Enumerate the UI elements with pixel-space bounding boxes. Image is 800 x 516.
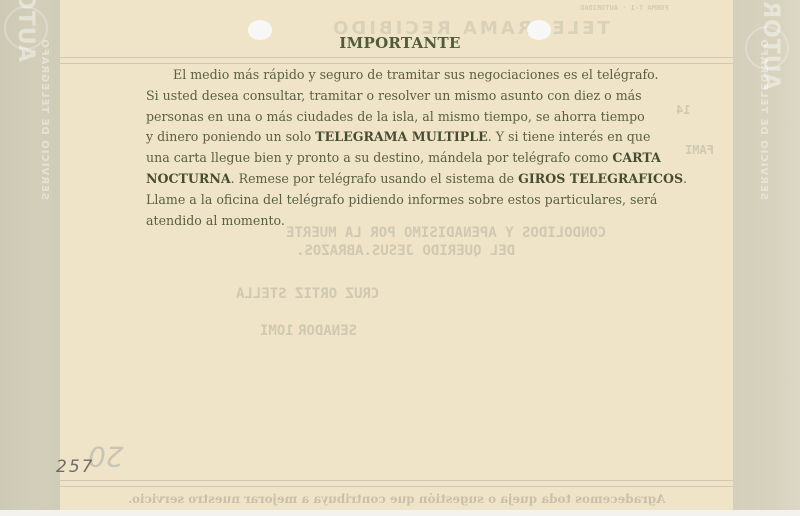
handwritten-number: 257	[56, 457, 94, 477]
telegram-card: AUTORIDAD DE COMUNICACIONES DE P.R. SERV…	[0, 0, 800, 516]
top-double-rule	[60, 57, 733, 64]
notice-paragraph: El medio más rápido y seguro de tramitar…	[146, 65, 640, 231]
left-margin-band: AUTORIDAD DE COMUNICACIONES DE P.R. SERV…	[0, 0, 60, 510]
right-band-subtitle: SERVICIO DE TELEGRAFO	[758, 38, 769, 200]
left-band-subtitle: SERVICIO DE TELEGRAFO	[39, 38, 50, 200]
paragraph-line: personas en una o más ciudades de la isl…	[146, 107, 640, 128]
bottom-double-rule	[60, 480, 733, 487]
paragraph-line: atendido al momento.	[146, 211, 640, 232]
show-through-line: SENADOR	[298, 323, 357, 339]
show-through-meta: FORMA T-1 · AUTORIDAD	[580, 4, 669, 12]
left-band-title: AUTORIDAD DE COMUNICACIONES DE P.R.	[13, 0, 38, 62]
paragraph-line: El medio más rápido y seguro de tramitar…	[146, 65, 640, 86]
paragraph-line: Si usted desea consultar, tramitar o res…	[146, 86, 640, 107]
document-heading: IMPORTANTE	[0, 34, 800, 52]
paragraph-line: NOCTURNA. Remese por telégrafo usando el…	[146, 169, 640, 190]
paragraph-line: una carta llegue bien y pronto a su dest…	[146, 148, 640, 169]
show-through-line: 1OMI	[260, 323, 294, 339]
scan-edge	[0, 510, 800, 516]
show-through-line: CRUZ ORTIZ STELLA	[236, 286, 379, 302]
paragraph-line: Llame a la oficina del telégrafo pidiend…	[146, 190, 640, 211]
show-through-footer: Agradecemos toda queja o sugestión que c…	[128, 492, 665, 506]
show-through-line: 14	[676, 103, 690, 117]
paragraph-line: y dinero poniendo un solo TELEGRAMA MULT…	[146, 127, 640, 148]
show-through-line: DEL QUERIDO JESUS.ABRAZOS.	[296, 243, 515, 259]
show-through-line: FAMI	[685, 143, 714, 157]
right-margin-band: AUTORIDAD DE COMUNICACIONES DE P.R. SERV…	[733, 0, 800, 510]
